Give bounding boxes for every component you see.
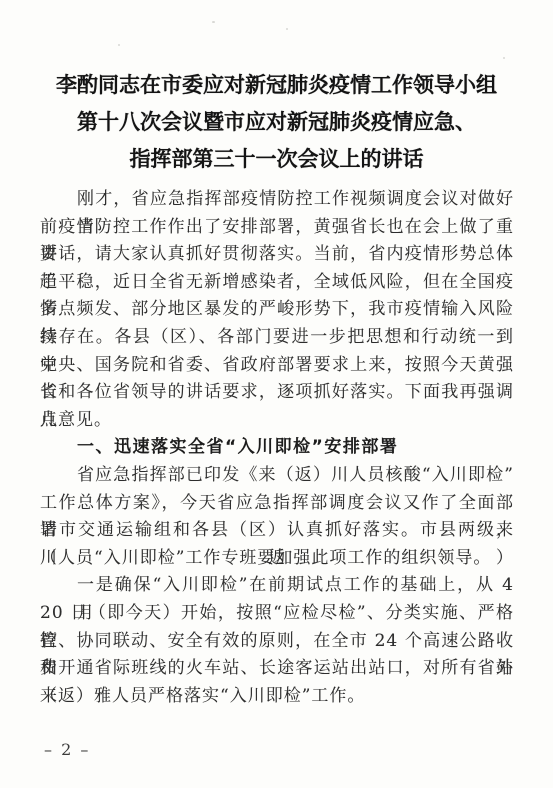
body-line: 和开通省际班线的火车站、长途客运站出站口，对所有省外来	[40, 655, 514, 683]
body-line: 请市交通运输组和各县（区）认真抓好落实。市县两级来（返）	[40, 517, 514, 545]
body-line: 刚才，省应急指挥部疫情防控工作视频调度会议对做好当	[40, 186, 514, 214]
body-line: 讲话，请大家认真抓好贯彻落实。当前，省内疫情形势总体趋	[40, 241, 514, 269]
document-title: 李酌同志在市委应对新冠肺炎疫情工作领导小组 第十八次会议暨市应对新冠肺炎疫情应急…	[0, 66, 553, 177]
scan-speck	[118, 44, 120, 46]
page-number: – 2 –	[44, 740, 90, 759]
body-line: 前疫情防控工作作出了安排部署，黄强省长也在会上做了重要	[40, 214, 514, 242]
scan-speck	[212, 21, 215, 23]
body-line: 一是确保“入川即检”在前期试点工作的基础上，从 4 月	[40, 572, 514, 600]
body-line: 工作总体方案》，今天省应急指挥部调度会议又作了全面部署，	[40, 490, 514, 518]
title-line-3: 指挥部第三十一次会议上的讲话	[0, 140, 553, 177]
body-line: 中央、国务院和省委、省政府部署要求上来，按照今天黄强省	[40, 352, 514, 380]
body-line: 省应急指挥部已印发《来（返）川人员核酸“入川即检”	[40, 462, 514, 490]
body-line: 于平稳，近日全省无新增感染者，全域低风险，但在全国疫情	[40, 269, 514, 297]
body-line: 多点频发、部分地区暴发的严峻形势下，我市疫情输入风险持	[40, 296, 514, 324]
section-heading: 一、迅速落实全省“入川即检”安排部署	[40, 434, 514, 462]
scan-speck	[286, 28, 288, 30]
body-line: 20 日（即今天）开始，按照“应检尽检”、分类实施、严格管	[40, 600, 514, 628]
body-line: （返）雅人员严格落实“入川即检”工作。	[40, 683, 514, 711]
title-line-1: 李酌同志在市委应对新冠肺炎疫情工作领导小组	[0, 66, 553, 103]
scanned-document-page: 李酌同志在市委应对新冠肺炎疫情工作领导小组 第十八次会议暨市应对新冠肺炎疫情应急…	[0, 0, 553, 788]
body-line: 控、协同联动、安全有效的原则，在全市 24 个高速公路收费站	[40, 628, 514, 656]
scan-speck	[503, 57, 505, 59]
title-line-2: 第十八次会议暨市应对新冠肺炎疫情应急、	[0, 103, 553, 140]
body-line: 川人员“入川即检”工作专班要加强此项工作的组织领导。	[40, 545, 514, 573]
body-line: 长和各位省领导的讲话要求，逐项抓好落实。下面我再强调几	[40, 379, 514, 407]
document-body: 刚才，省应急指挥部疫情防控工作视频调度会议对做好当 前疫情防控工作作出了安排部署…	[40, 186, 514, 710]
body-line: 续存在。各县（区）、各部门要进一步把思想和行动统一到党	[40, 324, 514, 352]
body-line: 点意见。	[40, 407, 514, 435]
